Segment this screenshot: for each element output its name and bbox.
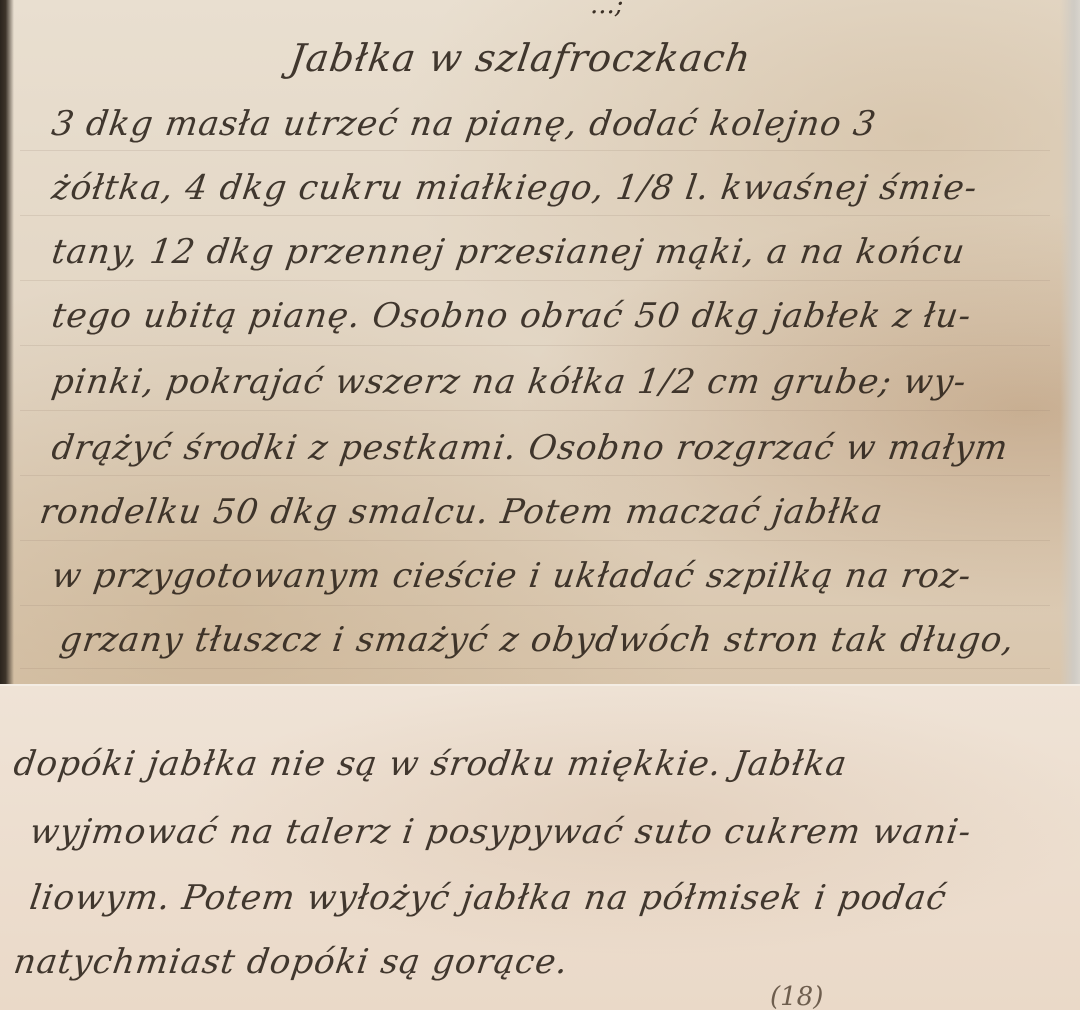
recipe-photo-top: ...; Jabłka w szlafroczkach 3 dkg masła … [0,0,1080,684]
recipe-line: 3 dkg masła utrzeć na pianę, dodać kolej… [49,104,1080,144]
recipe-line: drążyć środki z pestkami. Osobno rozgrza… [49,428,1080,468]
recipe-line: tany, 12 dkg przennej przesianej mąki, a… [49,232,1080,272]
recipe-line: wyjmować na talerz i posypywać suto cukr… [27,812,1080,852]
recipe-line: pinki, pokrajać wszerz na kółka 1/2 cm g… [49,362,1080,402]
ruled-line [20,668,1050,669]
ruled-line [20,410,1050,411]
ruled-line [20,215,1050,216]
recipe-line: w przygotowanym cieście i układać szpilk… [49,556,1080,596]
recipe-line: grzany tłuszcz i smażyć z obydwóch stron… [57,620,1080,660]
recipe-line: tego ubitą pianę. Osobno obrać 50 dkg ja… [49,296,1080,336]
page-number: (18) [770,982,823,1010]
recipe-line: natychmiast dopóki są gorące. [11,942,1080,982]
recipe-line: liowym. Potem wyłożyć jabłka na półmisek… [27,878,1080,918]
recipe-photo-bottom: dopóki jabłka nie są w środku miękkie. J… [0,684,1080,1010]
recipe-line: dopóki jabłka nie są w środku miękkie. J… [11,744,1080,784]
recipe-line: żółtka, 4 dkg cukru miałkiego, 1/8 l. kw… [49,168,1080,208]
previous-line-fragment: ...; [590,0,624,20]
ruled-line [20,280,1050,281]
ruled-line [20,150,1050,151]
recipe-line: rondelku 50 dkg smalcu. Potem maczać jab… [37,492,1080,532]
ruled-line [20,475,1050,476]
page-binding-edge [0,0,14,684]
ruled-line [20,345,1050,346]
ruled-line [20,605,1050,606]
recipe-title: Jabłka w szlafroczkach [287,36,1080,80]
ruled-line [20,540,1050,541]
